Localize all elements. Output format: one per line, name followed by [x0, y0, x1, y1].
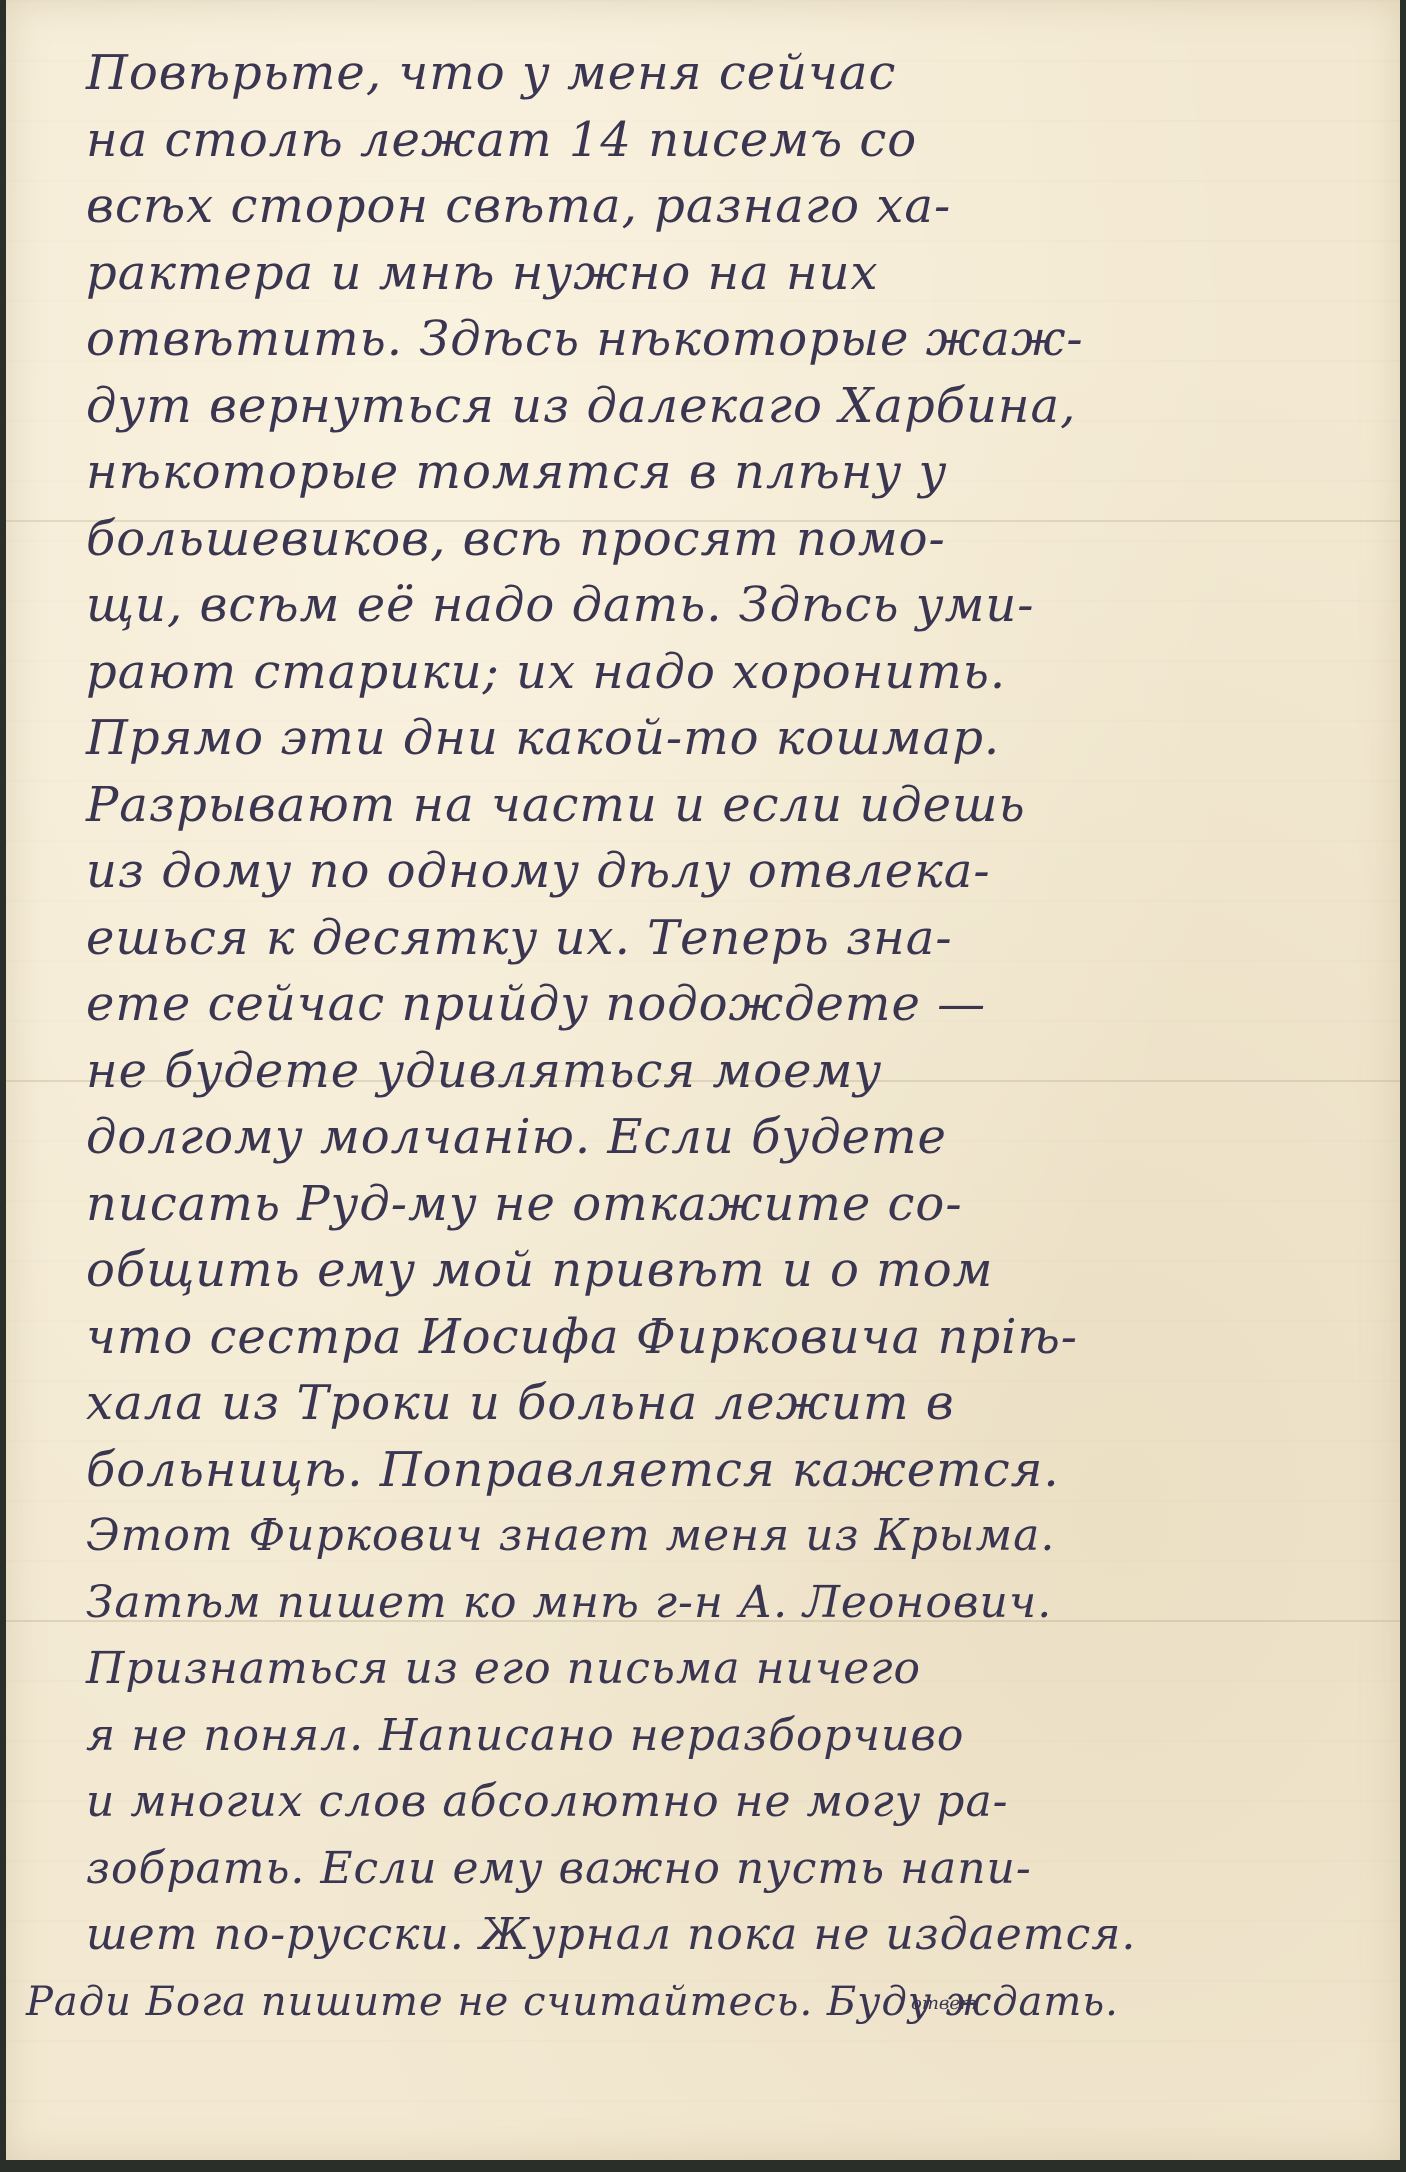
letter-line: зобрать. Если ему важно пусть напи- — [86, 1836, 1366, 1903]
letter-line: из дому по одному дѣлу отвлека- — [86, 838, 1366, 905]
letter-line: дут вернуться из далекаго Харбина, — [86, 373, 1366, 440]
letter-line: нѣкоторые томятся в плѣну у — [86, 439, 1366, 506]
letter-line: не будете удивляться моему — [86, 1038, 1366, 1105]
letter-line: Этот Фиркович знает меня из Крыма. — [86, 1503, 1366, 1570]
letter-line: щи, всѣм её надо дать. Здѣсь уми- — [86, 572, 1366, 639]
letter-line: долгому молчанію. Если будете — [86, 1104, 1366, 1171]
letter-line: Ради Бога пишите не считайтесь. Буду жда… — [26, 1969, 1366, 2036]
letter-line: всѣх сторон свѣта, разнаго ха- — [86, 173, 1366, 240]
letter-line: шет по-русски. Журнал пока не издается. — [86, 1902, 1366, 1969]
letter-line: большевиков, всѣ просят помо- — [86, 506, 1366, 573]
letter-line: хала из Троки и больна лежит в — [86, 1370, 1366, 1437]
interlinear-insertion: ответ — [911, 1993, 977, 2014]
letter-line: Прямо эти дни какой-то кошмар. — [86, 705, 1366, 772]
letter-line: Повѣрьте, что у меня сейчас — [86, 40, 1366, 107]
letter-line: я не понял. Написано неразборчиво — [86, 1703, 1366, 1770]
letter-line: Признаться из его письма ничего — [86, 1636, 1366, 1703]
letter-line: больницѣ. Поправляется кажется. — [86, 1437, 1366, 1504]
letter-line: рактера и мнѣ нужно на них — [86, 240, 1366, 307]
letter-line: Разрывают на части и если идешь — [86, 772, 1366, 839]
letter-line: и многих слов абсолютно не могу ра- — [86, 1769, 1366, 1836]
letter-line: Затѣм пишет ко мнѣ г-н А. Леонович. — [86, 1570, 1366, 1637]
letter-page: Повѣрьте, что у меня сейчас на столѣ леж… — [6, 0, 1400, 2160]
letter-line: рают старики; их надо хоронить. — [86, 639, 1366, 706]
letter-body: Повѣрьте, что у меня сейчас на столѣ леж… — [86, 40, 1366, 2035]
letter-line: писать Руд-му не откажите со- — [86, 1171, 1366, 1238]
letter-line: ете сейчас прийду подождете — — [86, 971, 1366, 1038]
letter-line: что сестра Иосифа Фирковича прiѣ- — [86, 1304, 1366, 1371]
letter-line: отвѣтить. Здѣсь нѣкоторые жаж- — [86, 306, 1366, 373]
letter-line: на столѣ лежат 14 писемъ со — [86, 107, 1366, 174]
letter-line: ешься к десятку их. Теперь зна- — [86, 905, 1366, 972]
letter-line: общить ему мой привѣт и о том — [86, 1237, 1366, 1304]
